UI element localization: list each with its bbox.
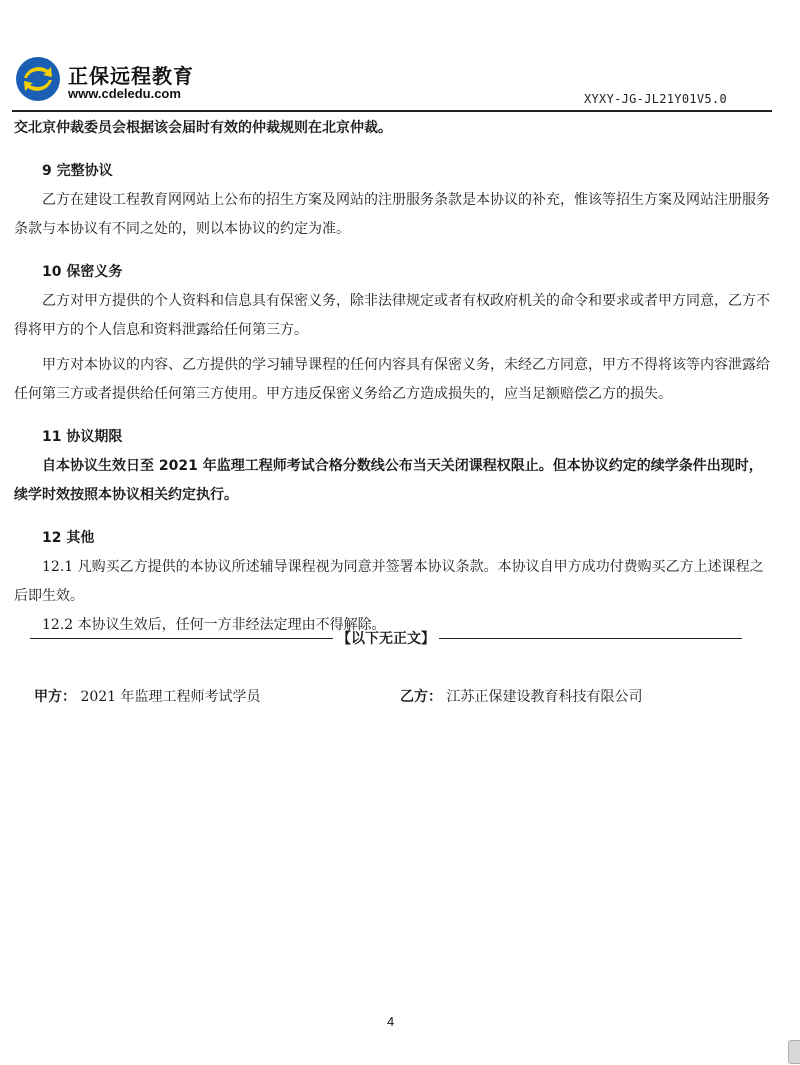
- header-divider: [12, 110, 772, 112]
- party-b-label: 乙方：: [400, 689, 442, 705]
- section-9-paragraph: 乙方在建设工程教育网网站上公布的招生方案及网站的注册服务条款是本协议的补充，惟该…: [14, 186, 774, 244]
- section-heading-9: 9 完整协议: [14, 157, 774, 186]
- section-heading-12: 12 其他: [14, 524, 774, 553]
- section-heading-10: 10 保密义务: [14, 258, 774, 287]
- divider-line-right: [439, 638, 742, 639]
- lead-text: 交北京仲裁委员会根据该会届时有效的仲裁规则在北京仲裁。: [14, 114, 774, 143]
- section-11-paragraph: 自本协议生效日至 2021 年监理工程师考试合格分数线公布当天关闭课程权限止。但…: [14, 452, 774, 510]
- cdeledu-logo-icon: [15, 56, 61, 102]
- page-corner-handle[interactable]: [788, 1040, 800, 1064]
- brand-name: 正保远程教育: [68, 60, 194, 89]
- section-12-paragraph-1: 12.1 凡购买乙方提供的本协议所述辅导课程视为同意并签署本协议条款。本协议自甲…: [14, 553, 774, 611]
- brand-url: www.cdeledu.com: [68, 86, 181, 101]
- party-b-value: 江苏正保建设教育科技有限公司: [446, 689, 642, 705]
- party-a-signature: 甲方： 2021 年监理工程师考试学员: [34, 686, 261, 706]
- section-10-paragraph-2: 甲方对本协议的内容、乙方提供的学习辅导课程的任何内容具有保密义务，未经乙方同意，…: [14, 351, 774, 409]
- party-b-signature: 乙方： 江苏正保建设教育科技有限公司: [400, 686, 642, 706]
- page-number: 4: [387, 1014, 394, 1029]
- section-10-paragraph-1: 乙方对甲方提供的个人资料和信息具有保密义务，除非法律规定或者有权政府机关的命令和…: [14, 287, 774, 345]
- end-marker-label: 【以下无正文】: [333, 628, 439, 648]
- party-a-label: 甲方：: [34, 689, 76, 705]
- party-a-value: 2021 年监理工程师考试学员: [80, 689, 260, 705]
- document-code: XYXY-JG-JL21Y01V5.0: [584, 92, 727, 106]
- section-heading-11: 11 协议期限: [14, 423, 774, 452]
- divider-line-left: [30, 638, 333, 639]
- document-body: 交北京仲裁委员会根据该会届时有效的仲裁规则在北京仲裁。 9 完整协议 乙方在建设…: [14, 114, 774, 640]
- page-header: 正保远程教育 www.cdeledu.com XYXY-JG-JL21Y01V5…: [0, 0, 800, 112]
- end-of-text-marker: 【以下无正文】: [30, 628, 742, 648]
